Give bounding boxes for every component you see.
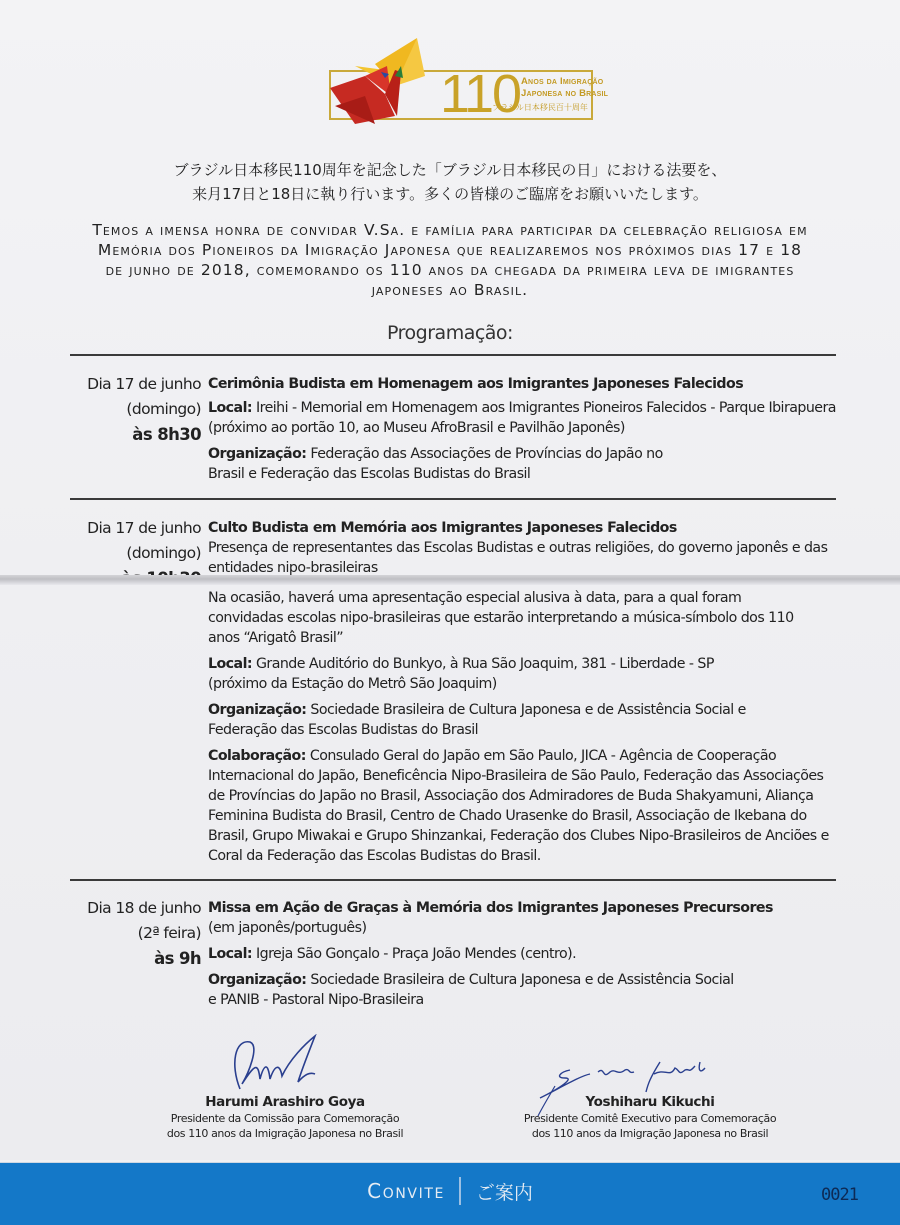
event-occasion: Na ocasião, haverá uma apresentação espe… — [208, 588, 808, 648]
japanese-intro-line2: 来月17日と18日に執り行います。多くの皆様のご臨席をお願いいたします。 — [0, 182, 900, 206]
event-organization: Organização: Sociedade Brasileira de Cul… — [208, 970, 738, 1010]
event-title: Cerimônia Budista em Homenagem aos Imigr… — [208, 374, 848, 394]
local-value: Ireihi - Memorial em Homenagem aos Imigr… — [208, 400, 836, 436]
logo-text-line2: Japonesa no Brasil — [521, 88, 608, 99]
logo-number: 110 — [440, 66, 520, 122]
event-details: Missa em Ação de Graças à Memória dos Im… — [208, 898, 848, 1016]
event-weekday: (domingo) — [60, 397, 201, 422]
invitation-text: Temos a imensa honra de convidar V.Sa. e… — [90, 220, 810, 300]
logo-text-japanese: ブラジル日本移民百十周年 — [485, 102, 595, 113]
footer-separator — [459, 1177, 461, 1205]
event-time: às 8h30 — [60, 422, 201, 447]
event-weekday: (2ª feira) — [60, 921, 201, 946]
serial-number: 0021 — [821, 1185, 858, 1205]
signer-role-line1: Presidente da Comissão para Comemoração — [150, 1111, 420, 1126]
signer-role-line2: dos 110 anos da Imigração Japonesa no Br… — [515, 1126, 785, 1141]
local-value: Igreja São Gonçalo - Praça João Mendes (… — [256, 946, 576, 962]
collaboration-label: Colaboração: — [208, 748, 306, 764]
event-subtitle: (em japonês/português) — [208, 918, 848, 938]
signer-name: Harumi Arashiro Goya — [150, 1094, 420, 1111]
origami-crane-icon — [325, 36, 445, 128]
footer-label-japanese: ご案内 — [476, 1178, 533, 1205]
divider — [70, 879, 836, 881]
event-date: Dia 17 de junho — [60, 516, 201, 541]
local-label: Local: — [208, 656, 252, 672]
event-presence: Presença de representantes das Escolas B… — [208, 538, 848, 578]
signer-role-line2: dos 110 anos da Imigração Japonesa no Br… — [150, 1126, 420, 1141]
event-date: Dia 17 de junho — [60, 372, 201, 397]
event-when: Dia 17 de junho (domingo) às 8h30 — [60, 372, 201, 447]
event-title: Missa em Ação de Graças à Memória dos Im… — [208, 898, 848, 918]
anniversary-logo: 110 Anos da Imigração Japonesa no Brasil… — [325, 36, 597, 128]
handwritten-signature-icon — [220, 1034, 340, 1094]
invitation-page: 110 Anos da Imigração Japonesa no Brasil… — [0, 0, 900, 1160]
organization-label: Organização: — [208, 702, 306, 718]
event-details: Culto Budista em Memória aos Imigrantes … — [208, 518, 848, 872]
event-organization: Organização: Sociedade Brasileira de Cul… — [208, 700, 818, 740]
program-title: Programação: — [0, 322, 900, 344]
event-details: Cerimônia Budista em Homenagem aos Imigr… — [208, 374, 848, 490]
collaboration-value: Consulado Geral do Japão em São Paulo, J… — [208, 748, 829, 864]
signature-block-2: Yoshiharu Kikuchi Presidente Comitê Exec… — [515, 1036, 785, 1141]
japanese-intro: ブラジル日本移民110周年を記念した「ブラジル日本移民の日」における法要を、 来… — [0, 158, 900, 206]
paper-fold — [0, 575, 900, 585]
event-collaboration: Colaboração: Consulado Geral do Japão em… — [208, 746, 838, 866]
event-local: Local: Igreja São Gonçalo - Praça João M… — [208, 944, 848, 964]
footer-labels: Convite ご案内 — [0, 1177, 900, 1205]
event-local: Local: Grande Auditório do Bunkyo, à Rua… — [208, 654, 728, 694]
event-title: Culto Budista em Memória aos Imigrantes … — [208, 518, 848, 538]
event-time: às 9h — [60, 946, 201, 971]
japanese-intro-line1: ブラジル日本移民110周年を記念した「ブラジル日本移民の日」における法要を、 — [0, 158, 900, 182]
event-local: Local: Ireihi - Memorial em Homenagem ao… — [208, 398, 848, 438]
signature-block-1: Harumi Arashiro Goya Presidente da Comis… — [150, 1036, 420, 1141]
footer-band: Convite ご案内 0021 — [0, 1162, 900, 1225]
divider — [70, 354, 836, 356]
footer-label: Convite — [367, 1179, 445, 1203]
local-value: Grande Auditório do Bunkyo, à Rua São Jo… — [208, 656, 714, 692]
local-label: Local: — [208, 946, 252, 962]
event-date: Dia 18 de junho — [60, 896, 201, 921]
organization-label: Organização: — [208, 446, 306, 462]
event-weekday: (domingo) — [60, 541, 201, 566]
logo-text-line1: Anos da Imigração — [521, 76, 603, 87]
event-organization: Organização: Federação das Associações d… — [208, 444, 688, 484]
handwritten-signature-icon — [530, 1058, 770, 1118]
organization-label: Organização: — [208, 972, 306, 988]
divider — [70, 498, 836, 500]
local-label: Local: — [208, 400, 252, 416]
event-when: Dia 18 de junho (2ª feira) às 9h — [60, 896, 201, 971]
